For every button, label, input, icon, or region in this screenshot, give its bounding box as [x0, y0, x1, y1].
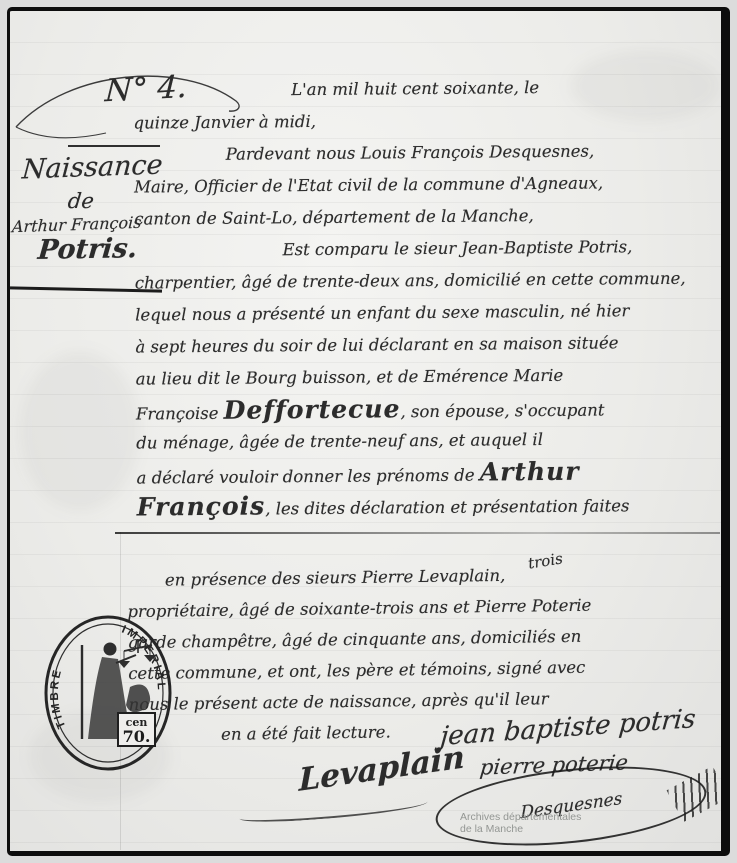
child-given-name-1: Arthur	[480, 457, 580, 487]
stamp-text-timbre: TIMBRE	[49, 667, 68, 731]
act-text-line: Maire, Officier de l'Etat civil de la co…	[134, 166, 719, 203]
act-text-line: Pardevant nous Louis François Desquesnes…	[134, 134, 719, 171]
margin-title-de: de	[67, 189, 95, 213]
act-text-line: du ménage, âgée de trente-neuf ans, et a…	[136, 422, 721, 459]
act-text-line: canton de Saint-Lo, département de la Ma…	[134, 198, 719, 235]
given-line-pre: a déclaré vouloir donner les prénoms de	[136, 466, 479, 488]
eagle-silhouette	[126, 685, 150, 713]
act-text-line: L'an mil huit cent soixante, le	[133, 70, 718, 107]
watermark-line-1: Archives départementales	[460, 811, 581, 823]
svg-text:TIMBRE: TIMBRE	[49, 667, 68, 731]
child-given-name-2: François	[137, 491, 266, 521]
figure-head	[104, 643, 117, 656]
paper-smudge	[20, 351, 140, 511]
act-text-line: quinze Janvier à midi,	[133, 102, 718, 139]
act-text-line: Est comparu le sieur Jean-Baptiste Potri…	[134, 230, 719, 267]
act-text-line-mother: Françoise Deffortecue, son épouse, s'occ…	[136, 390, 721, 427]
imperial-revenue-stamp: TIMBRE IMPERIAL	[38, 609, 178, 779]
act-text-line-given2: François, les dites déclaration et prése…	[137, 486, 722, 523]
register-page: N° 4. Naissance de Arthur François Potri…	[7, 7, 730, 856]
mother-surname: Deffortecue	[224, 394, 401, 425]
denomination-value: 70.	[123, 727, 151, 746]
act-text-line: au lieu dit le Bourg buisson, et de Emér…	[136, 358, 721, 395]
document-scan: N° 4. Naissance de Arthur François Potri…	[0, 0, 737, 863]
archive-watermark: Archives départementales de la Manche	[460, 811, 581, 835]
act-text-line: lequel nous a présenté un enfant du sexe…	[135, 294, 720, 331]
paragraph-separator-rule	[115, 532, 720, 534]
given2-line-post: , les dites déclaration et présentation …	[265, 496, 629, 518]
watermark-line-2: de la Manche	[460, 823, 581, 835]
margin-child-surname: Potris.	[37, 233, 139, 266]
mother-line-pre: Françoise	[136, 404, 224, 424]
act-body-paragraph-1: L'an mil huit cent soixante, le quinze J…	[133, 70, 722, 523]
mother-line-post: , son épouse, s'occupant	[400, 400, 604, 421]
signature-mayor-oval-flourish: Desquesnes	[432, 755, 710, 856]
act-text-line: à sept heures du soir de lui déclarant e…	[135, 326, 720, 363]
act-text-line: charpentier, âgé de trente-deux ans, dom…	[135, 262, 720, 299]
denomination-box: cen 70.	[118, 713, 155, 746]
act-text-line-given: a déclaré vouloir donner les prénoms de …	[136, 454, 721, 491]
